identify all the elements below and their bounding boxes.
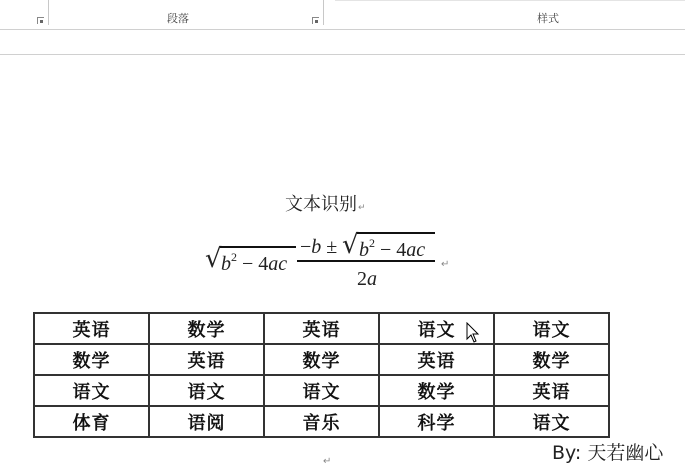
- fraction-bar: [297, 260, 435, 262]
- radical-icon: √: [205, 244, 222, 274]
- table-cell[interactable]: 数学: [379, 375, 494, 406]
- group-label-styles: 样式: [537, 10, 559, 26]
- table-row: 英语 数学 英语 语文 语文: [34, 313, 609, 344]
- left-radicand: b2 − 4ac: [221, 250, 287, 276]
- group-label-paragraph: 段落: [167, 10, 189, 26]
- ribbon-group-labels: 段落 样式: [0, 0, 685, 30]
- table-cell[interactable]: 英语: [149, 344, 264, 375]
- table-cell[interactable]: 数学: [34, 344, 149, 375]
- denominator: 2a: [357, 268, 377, 291]
- table-cell[interactable]: 科学: [379, 406, 494, 437]
- table-cell[interactable]: 音乐: [264, 406, 379, 437]
- ribbon-divider: [335, 0, 685, 1]
- mouse-pointer-icon: [466, 322, 480, 344]
- paragraph-mark-icon: ↵: [323, 456, 331, 467]
- watermark-text: By: 天若幽心: [552, 438, 663, 465]
- group-separator: [323, 0, 324, 25]
- document-title[interactable]: 文本识别↵: [285, 190, 366, 216]
- ruler-band: [0, 30, 685, 55]
- table-cell[interactable]: 英语: [34, 313, 149, 344]
- table-cell[interactable]: 数学: [149, 313, 264, 344]
- radical-bar: [357, 232, 435, 234]
- table-cell[interactable]: 语文: [149, 375, 264, 406]
- radical-bar: [220, 246, 296, 248]
- table-cell[interactable]: 英语: [379, 344, 494, 375]
- table-cell[interactable]: 语阅: [149, 406, 264, 437]
- table-cell[interactable]: 语文: [494, 406, 609, 437]
- paragraph-dialog-launcher-icon[interactable]: [312, 17, 319, 24]
- paragraph-mark-icon: ↵: [441, 259, 449, 270]
- table-cell[interactable]: 体育: [34, 406, 149, 437]
- table-row: 语文 语文 语文 数学 英语: [34, 375, 609, 406]
- paragraph-mark-icon: ↵: [358, 203, 366, 213]
- table-row: 体育 语阅 音乐 科学 语文: [34, 406, 609, 437]
- table-cell[interactable]: 语文: [264, 375, 379, 406]
- numerator-prefix: −b ±: [300, 236, 337, 259]
- dialog-launcher-icon[interactable]: [37, 17, 44, 24]
- table-cell[interactable]: 英语: [264, 313, 379, 344]
- table-cell[interactable]: 数学: [264, 344, 379, 375]
- numerator-radicand: b2 − 4ac: [359, 236, 425, 262]
- group-separator: [48, 0, 49, 25]
- subject-table[interactable]: 英语 数学 英语 语文 语文 数学 英语 数学 英语 数学 语文 语文 语文 数…: [33, 312, 610, 438]
- table-row: 数学 英语 数学 英语 数学: [34, 344, 609, 375]
- table-cell[interactable]: 英语: [494, 375, 609, 406]
- radical-icon: √: [342, 230, 359, 260]
- table-cell[interactable]: 语文: [34, 375, 149, 406]
- table-cell[interactable]: 数学: [494, 344, 609, 375]
- table-cell[interactable]: 语文: [494, 313, 609, 344]
- title-text: 文本识别: [285, 194, 357, 215]
